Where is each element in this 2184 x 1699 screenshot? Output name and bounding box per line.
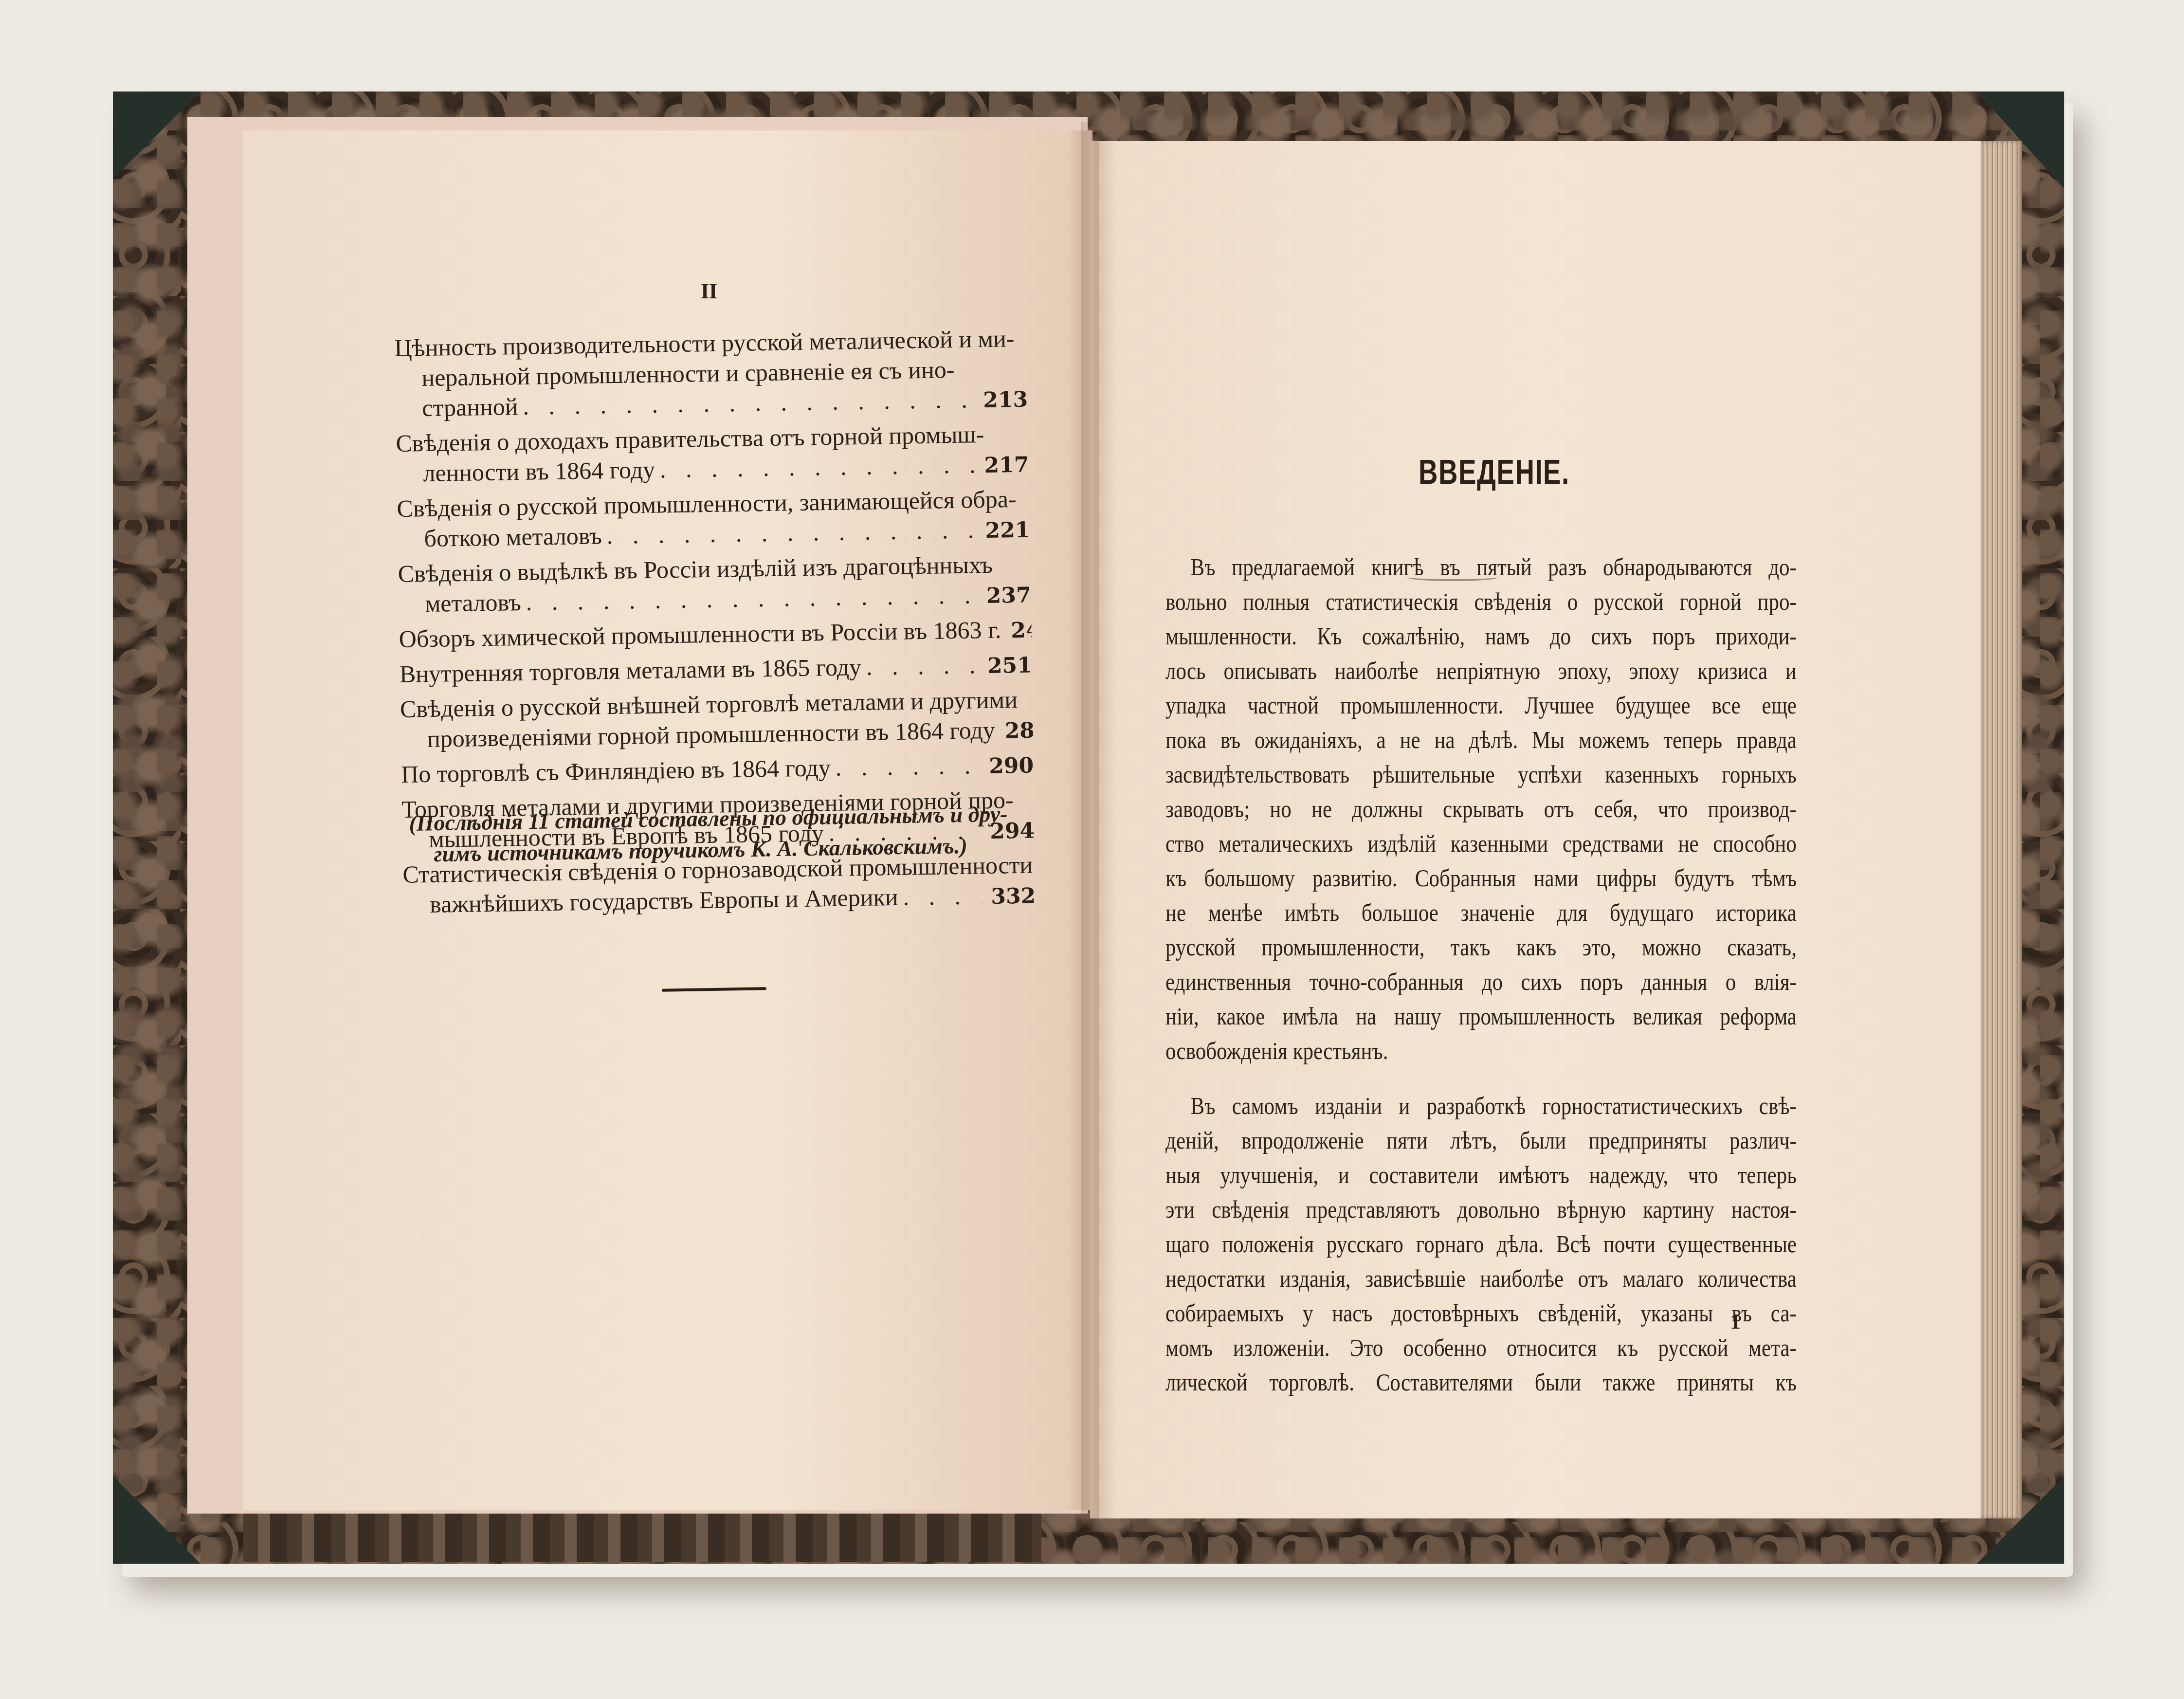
introduction-body: Въ предлагаемой книгѣ въ пятый разъ обна…: [1165, 550, 1798, 1400]
text-line: ніи, какое имѣла на нашу промышленность …: [1165, 999, 1797, 1034]
toc-title: По торговлѣ съ Финляндіею въ 1864 году: [401, 755, 831, 786]
toc-entry: Свѣденія о русской внѣшней торговлѣ мета…: [400, 687, 1034, 757]
text-line: мышленности. Къ сожалѣнію, намъ до сихъ …: [1165, 619, 1797, 654]
toc-page-number: 284: [1004, 720, 1033, 742]
toc-title: странной: [422, 394, 518, 420]
toc-page-number: 237: [982, 585, 1031, 607]
right-page-edges: [1976, 141, 2022, 1518]
toc-title: ленности въ 1864 году: [423, 457, 655, 485]
toc-page-number: 251: [983, 655, 1032, 677]
paragraph-2: Въ самомъ изданіи и разработкѣ горностат…: [1165, 1089, 1798, 1400]
toc-page-number: 213: [979, 389, 1028, 412]
toc-entry: Свѣденія о доходахъ правительства отъ го…: [396, 421, 1029, 492]
toc-entry: Свѣденія о выдѣлкѣ въ Россіи издѣлій изъ…: [398, 552, 1031, 622]
note-line-1: (Послѣднія 11 статей составлены по офици…: [409, 802, 1008, 836]
text-line: Въ предлагаемой книгѣ въ пятый разъ обна…: [1165, 550, 1797, 585]
text-line: ство металическихъ издѣлій казенными сре…: [1165, 826, 1797, 861]
toc-title: металовъ: [425, 590, 521, 616]
toc-entry: Внутренняя торговля металами въ 1865 год…: [400, 652, 1033, 692]
toc-title: боткою металовъ: [424, 523, 602, 550]
toc-title: Внутренняя торговля металами въ 1865 год…: [400, 655, 862, 686]
text-line: къ большому развитію. Собранныя нами циф…: [1165, 861, 1797, 895]
leader-dots: [660, 452, 976, 481]
text-line: момъ изложеніи. Это особенно относится к…: [1165, 1331, 1797, 1365]
text-line: недостатки изданія, зависѣвшіе наиболѣе …: [1165, 1261, 1797, 1296]
authorship-note: (Послѣднія 11 статей составлены по офици…: [409, 798, 1033, 870]
toc-page-number: 290: [985, 755, 1034, 777]
text-line: собираемыхъ у насъ достовѣрныхъ свѣденій…: [1165, 1296, 1797, 1331]
leader-dots: [606, 517, 976, 548]
toc-entry: По торговлѣ съ Финляндіею въ 1864 году29…: [401, 752, 1034, 792]
text-line: упадка частной промышленности. Лучшее бу…: [1165, 688, 1797, 723]
toc-page-number: 241: [1011, 620, 1032, 641]
toc-title: Обзоръ химической промышленности въ Росс…: [399, 617, 1001, 651]
text-line: деній, впродолженіе пяти лѣтъ, были пред…: [1165, 1123, 1797, 1158]
text-line: эти свѣденія представляютъ довольно вѣрн…: [1165, 1192, 1797, 1227]
page-folio: II: [701, 279, 717, 304]
text-line: засвидѣтельствовать рѣшительные успѣхи к…: [1165, 757, 1797, 792]
leader-dots: [835, 753, 980, 780]
leader-dots: [1000, 718, 1000, 742]
leader-dots: [903, 883, 982, 909]
text-line: лической торговлѣ. Составителями были та…: [1165, 1365, 1797, 1400]
leader-dots: [866, 653, 979, 679]
toc-page-number: 217: [980, 455, 1029, 477]
text-line: единственныя точно-собранныя до сихъ пор…: [1165, 965, 1797, 999]
book-gutter: [1081, 122, 1099, 1523]
text-line: пока въ ожиданіяхъ, а не на дѣлѣ. Мы мож…: [1165, 723, 1797, 757]
text-line: щаго положенія русскаго горнаго дѣла. Вс…: [1165, 1227, 1797, 1261]
text-line: не менѣе имѣть большое значеніе для буду…: [1165, 895, 1797, 930]
page-number: 1: [1730, 1309, 1741, 1334]
text-line: русской промышленности, такъ какъ это, м…: [1165, 930, 1797, 965]
spine-bottom-edge: [243, 1509, 1041, 1562]
toc-page-number: 221: [981, 520, 1030, 542]
toc-entry: Обзоръ химической промышленности въ Росс…: [399, 617, 1032, 657]
text-line: лось описывать наиболѣе непріятную эпоху…: [1165, 654, 1797, 688]
leader-dots: [1006, 617, 1006, 641]
toc-entry: Цѣнность производительности русской мета…: [394, 326, 1028, 426]
chapter-heading: ВВЕДЕНІЕ.: [1419, 453, 1570, 492]
text-line: Въ самомъ изданіи и разработкѣ горностат…: [1165, 1089, 1797, 1123]
paragraph-1: Въ предлагаемой книгѣ въ пятый разъ обна…: [1165, 550, 1798, 1068]
text-line: заводовъ; но не должны скрывать отъ себя…: [1165, 792, 1797, 826]
text-line: освобожденія крестьянъ.: [1165, 1034, 1797, 1068]
toc-page-number: 332: [987, 885, 1036, 908]
text-line: вольно полныя статистическія свѣденія о …: [1165, 585, 1797, 619]
toc-entry: Свѣденія о русской промышленности, заним…: [397, 487, 1030, 557]
text-line: ныя улучшенія, и составители имѣютъ наде…: [1165, 1158, 1797, 1192]
